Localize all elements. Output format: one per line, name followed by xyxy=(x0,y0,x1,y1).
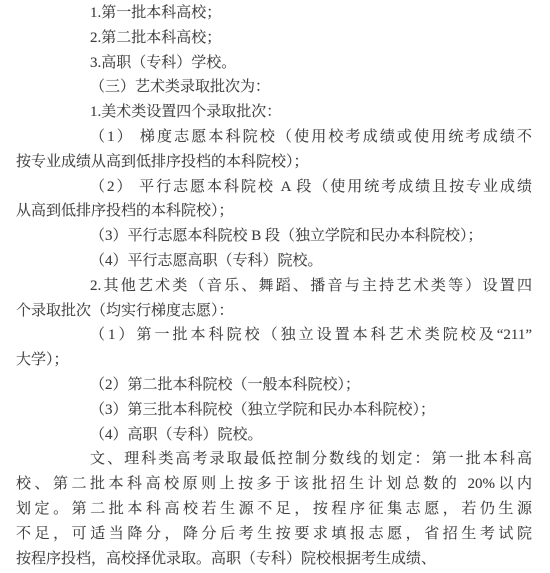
text-line: 校、第二批本科高校原则上按多于该批招生计划总数的 20%以内 xyxy=(16,472,532,497)
text-line: 从高到低排序投档的本科院校）； xyxy=(16,199,532,224)
text-line: 划定。第二批本科高校若生源不足，按程序征集志愿，若仍生源 xyxy=(16,497,532,522)
text-line: 按专业成绩从高到低排序投档的本科院校）； xyxy=(16,150,532,175)
text-line: 大学）； xyxy=(16,348,532,373)
text-line: 按程序投档，高校择优录取。高职（专科）院校根据考生成绩、 xyxy=(16,547,532,572)
paragraph: （三）艺术类录取批次为： xyxy=(16,75,532,100)
paragraph: 3.高职（专科）学校。 xyxy=(16,51,532,76)
text-line: 3.高职（专科）学校。 xyxy=(16,51,532,76)
text-line: （1） 梯度志愿本科院校（使用校考成绩或使用统考成绩不 xyxy=(16,125,532,150)
text-line: 1.第一批本科高校； xyxy=(16,1,532,26)
paragraph: 文、理科类高考录取最低控制分数线的划定：第一批本科高校、第二批本科高校原则上按多… xyxy=(16,447,532,571)
text-line: 2.第二批本科高校； xyxy=(16,26,532,51)
text-line: 不足，可适当降分，降分后考生按要求填报志愿，省招生考试院 xyxy=(16,522,532,547)
paragraph: （2） 平行志愿本科院校 A 段（使用统考成绩且按专业成绩从高到低排序投档的本科… xyxy=(16,175,532,225)
paragraph: （4）平行志愿高职（专科）院校。 xyxy=(16,249,532,274)
paragraph: （3）第三批本科院校（独立学院和民办本科院校）； xyxy=(16,398,532,423)
paragraph: （4）高职（专科）院校。 xyxy=(16,423,532,448)
paragraph: 2.第二批本科高校； xyxy=(16,26,532,51)
text-line: （2） 平行志愿本科院校 A 段（使用统考成绩且按专业成绩 xyxy=(16,175,532,200)
paragraph: 1.第一批本科高校； xyxy=(16,1,532,26)
text-line: （3）第三批本科院校（独立学院和民办本科院校）； xyxy=(16,398,532,423)
paragraph: （2）第二批本科院校（一般本科院校）； xyxy=(16,373,532,398)
text-line: （三）艺术类录取批次为： xyxy=(16,75,532,100)
paragraph: （3）平行志愿本科院校 B 段（独立学院和民办本科院校）； xyxy=(16,224,532,249)
text-line: （3）平行志愿本科院校 B 段（独立学院和民办本科院校）； xyxy=(16,224,532,249)
paragraph: 2.其他艺术类（音乐、舞蹈、播音与主持艺术类等）设置四个录取批次（均实行梯度志愿… xyxy=(16,274,532,324)
paragraph: （1）第一批本科院校（独立设置本科艺术类院校及“211”大学）； xyxy=(16,323,532,373)
paragraph: 1.美术类设置四个录取批次： xyxy=(16,100,532,125)
document-page: 1.第一批本科高校；2.第二批本科高校；3.高职（专科）学校。（三）艺术类录取批… xyxy=(0,0,550,573)
text-line: （2）第二批本科院校（一般本科院校）； xyxy=(16,373,532,398)
text-line: 2.其他艺术类（音乐、舞蹈、播音与主持艺术类等）设置四 xyxy=(16,274,532,299)
text-line: （4）高职（专科）院校。 xyxy=(16,423,532,448)
text-line: 1.美术类设置四个录取批次： xyxy=(16,100,532,125)
text-line: 个录取批次（均实行梯度志愿）： xyxy=(16,299,532,324)
paragraph: （1） 梯度志愿本科院校（使用校考成绩或使用统考成绩不按专业成绩从高到低排序投档… xyxy=(16,125,532,175)
text-line: 文、理科类高考录取最低控制分数线的划定：第一批本科高 xyxy=(16,447,532,472)
text-line: （4）平行志愿高职（专科）院校。 xyxy=(16,249,532,274)
text-line: （1）第一批本科院校（独立设置本科艺术类院校及“211” xyxy=(16,323,532,348)
